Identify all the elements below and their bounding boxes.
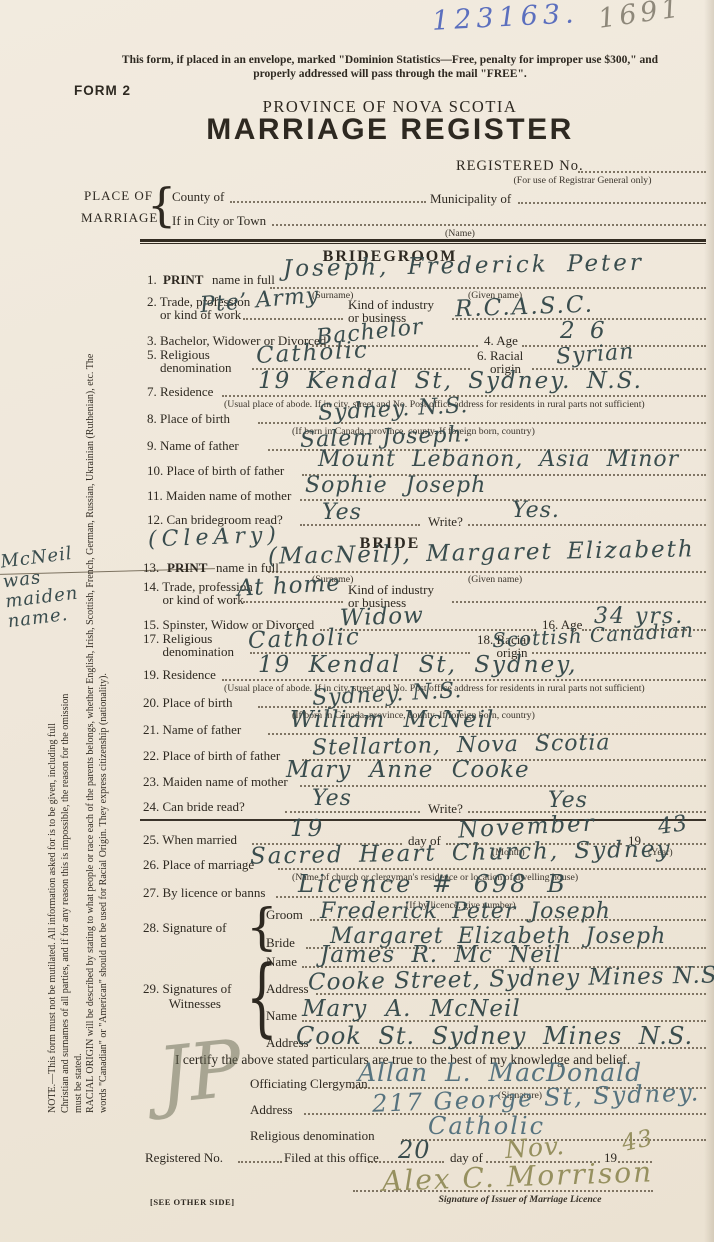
marriage-licence-value: Licence # 698 B: [298, 870, 568, 898]
margin-annotation-mcneil: McNeil was maiden name.: [0, 544, 82, 632]
witness2-name-label: Name: [266, 1008, 297, 1024]
witness2-name: Mary A. McNeil: [302, 996, 521, 1022]
margin-note-racial-origin: RACIAL ORIGIN will be described by stati…: [84, 331, 110, 1113]
dotted-line: [300, 785, 706, 787]
groom-sig-label: Groom: [266, 907, 303, 923]
dotted-line: [230, 201, 426, 203]
groom-trade-value: Pte’ Army: [199, 283, 320, 318]
groom-name-value: Joseph, Frederick Peter: [283, 250, 644, 282]
witness1-name: James R. Mc Neil: [320, 942, 562, 968]
witness2-address: Cook St. Sydney Mines N.S.: [296, 1022, 693, 1050]
row17-label: 17. Religious denomination: [143, 632, 234, 658]
clergy-denomination-label: Religious denomination: [250, 1128, 375, 1144]
bride-write-value: Yes: [548, 788, 588, 813]
dotted-line: [468, 524, 706, 526]
clergy-address-label: Address: [250, 1102, 293, 1118]
see-other-side: [SEE OTHER SIDE]: [150, 1197, 235, 1207]
groom-age-value: 2 6: [560, 318, 609, 344]
witness1-address-label: Address: [266, 981, 309, 997]
mail-note-line1: This form, if placed in an envelope, mar…: [115, 54, 665, 66]
groom-mother-value: Sophie Joseph: [305, 473, 486, 498]
row8-label: 8. Place of birth: [147, 411, 230, 427]
row5-label: 5. Religious denomination: [147, 348, 232, 374]
registrar-note: (For use of Registrar General only): [455, 175, 710, 186]
file-number-ink: 123163.: [431, 0, 579, 37]
row1-label-print: PRINT: [163, 272, 203, 288]
row28-label: 28. Signature of: [143, 920, 226, 936]
row4-age-label: 4. Age: [484, 333, 518, 349]
row1-number: 1.: [147, 272, 157, 288]
dotted-line: [222, 679, 706, 681]
name-note: (Name): [400, 228, 520, 239]
groom-read-value: Yes: [322, 500, 362, 525]
row29-label: 29. Signatures of Witnesses: [143, 981, 231, 1011]
place-of-label: PLACE OF: [84, 188, 153, 204]
bride-racial-value: Scottish Canadian: [492, 618, 695, 653]
row7-label: 7. Residence: [147, 384, 213, 400]
marriage-section-divider: [140, 819, 706, 821]
dotted-line: [452, 601, 706, 603]
row25-label: 25. When married: [143, 832, 237, 848]
row13-label-print: PRINT: [167, 560, 207, 576]
bride-mother-value: Mary Anne Cooke: [286, 757, 530, 783]
row9-label: 9. Name of father: [147, 438, 239, 454]
marriage-day-value: 19: [290, 816, 325, 842]
bride-residence-value: 19 Kendal St, Sydney,: [258, 652, 577, 678]
groom-racial-value: Syrian: [555, 339, 635, 369]
dotted-line: [272, 224, 706, 226]
form-number: FORM 2: [74, 83, 131, 98]
row22-label: 22. Place of birth of father: [143, 748, 280, 764]
groom-signature: Frederick Peter Joseph: [320, 899, 611, 924]
groom-write-value: Yes.: [512, 498, 560, 523]
row20-label: 20. Place of birth: [143, 695, 233, 711]
dotted-line: [243, 318, 343, 320]
row13-number: 13.: [143, 560, 159, 576]
registered-no-label: REGISTERED No.: [456, 158, 584, 175]
row23-label: 23. Maiden name of mother: [143, 774, 288, 790]
row21-label: 21. Name of father: [143, 722, 241, 738]
row19-label: 19. Residence: [143, 667, 216, 683]
city-town-label: If in City or Town: [172, 213, 266, 229]
filed-day-value: 20: [398, 1136, 431, 1164]
groom-birthplace-value: Sydney. N.S.: [317, 393, 468, 426]
mail-note-line2: properly addressed will pass through the…: [115, 68, 665, 80]
row24-write-label: Write?: [428, 801, 463, 817]
filed-year-value: 43: [620, 1125, 656, 1157]
bride-read-value: Yes: [312, 786, 352, 811]
dotted-line: [270, 287, 706, 289]
issuer-signature-label: Signature of Issuer of Marriage Licence: [390, 1194, 650, 1205]
row24-label: 24. Can bride read?: [143, 799, 245, 815]
margin-note-mutilation: NOTE.—This form must not be mutilated. A…: [46, 691, 85, 1113]
row12-write-label: Write?: [428, 514, 463, 530]
groom-residence-value: 19 Kendal St, Sydney. N.S.: [258, 368, 643, 394]
dotted-line: [578, 171, 706, 173]
bride-father-value: William McNeil: [290, 707, 494, 733]
page-title: MARRIAGE REGISTER: [115, 113, 665, 147]
marriage-label: MARRIAGE: [81, 210, 158, 226]
paper-edge-shadow: [704, 0, 714, 1242]
bride-trade-value: At home: [236, 570, 341, 601]
file-number-pencil: 1691: [596, 0, 684, 35]
dotted-line: [518, 202, 706, 204]
witness1-name-label: Name: [266, 954, 297, 970]
row1-label: name in full: [212, 272, 275, 288]
bride-religion-value: Catholic: [248, 624, 362, 654]
dotted-line: [243, 601, 343, 603]
row10-label: 10. Place of birth of father: [147, 463, 284, 479]
dotted-line: [238, 1161, 282, 1163]
filed-label: Filed at this office: [284, 1150, 379, 1166]
row26-label: 26. Place of marriage: [143, 857, 254, 873]
given-name-note-bride: (Given name): [468, 574, 522, 585]
section-divider: [140, 239, 706, 244]
dotted-line: [285, 811, 420, 813]
marriage-register-form: 123163. 1691 This form, if placed in an …: [0, 0, 714, 1242]
officiating-clergyman-label: Officiating Clergyman: [250, 1076, 368, 1092]
footer-registered-no-label: Registered No.: [145, 1150, 223, 1166]
municipality-label: Municipality of: [430, 191, 511, 207]
pencil-initials: JP: [154, 1024, 247, 1122]
groom-religion-value: Catholic: [255, 337, 369, 369]
groom-father-birthplace-value: Mount Lebanon, Asia Minor: [318, 447, 679, 472]
county-label: County of: [172, 189, 224, 205]
row11-label: 11. Maiden name of mother: [147, 488, 291, 504]
